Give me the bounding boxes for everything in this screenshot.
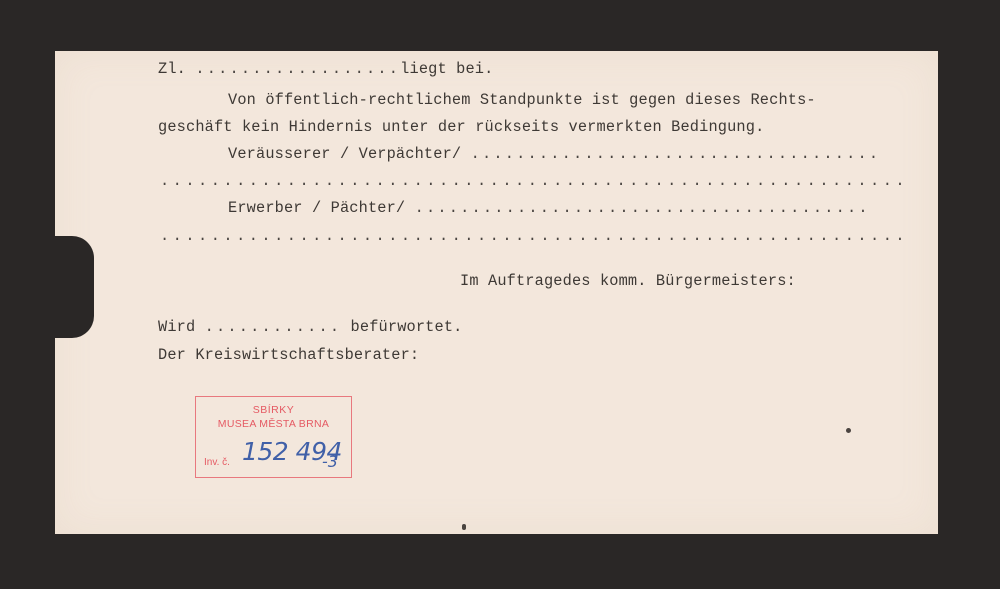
endorse-dots: ............ — [205, 318, 342, 336]
paper-tear-mark — [462, 524, 466, 530]
seller-dots-line: ........................................… — [160, 172, 908, 190]
body-line-1: Von öffentlich-rechtlichem Standpunkte i… — [228, 91, 816, 109]
paper-notch — [40, 236, 94, 338]
stamp-inv-label: Inv. č. — [204, 457, 230, 468]
seller-dots: .................................... — [471, 145, 881, 163]
seller-label: Veräusserer / Verpächter/ — [228, 145, 471, 163]
museum-stamp: SBÍRKY MUSEA MĚSTA BRNA Inv. č. 152 494 … — [195, 396, 352, 478]
reference-suffix: liegt bei. — [400, 60, 493, 78]
mayor-line: Im Auftragedes komm. Bürgermeisters: — [460, 272, 796, 290]
buyer-line: Erwerber / Pächter/ ....................… — [228, 199, 870, 217]
endorse-line: Wird ............ befürwortet. — [158, 318, 463, 336]
body-line-2: geschäft kein Hindernis unter der rückse… — [158, 118, 764, 136]
stamp-line-2: MUSEA MĚSTA BRNA — [196, 418, 351, 430]
endorse-suffix: befürwortet. — [341, 318, 462, 336]
buyer-dots-line: ........................................… — [160, 227, 908, 245]
stamp-line-1: SBÍRKY — [196, 404, 351, 416]
reference-prefix: Zl. — [158, 60, 195, 78]
endorse-prefix: Wird — [158, 318, 205, 336]
ink-speck — [846, 428, 851, 433]
buyer-label: Erwerber / Pächter/ — [228, 199, 415, 217]
buyer-dots: ........................................ — [415, 199, 870, 217]
reference-dots: .................. — [195, 60, 400, 78]
stamp-inv-suffix: -3 — [322, 452, 338, 471]
advisor-line: Der Kreiswirtschaftsberater: — [158, 346, 419, 364]
seller-line: Veräusserer / Verpächter/ ..............… — [228, 145, 880, 163]
reference-line: Zl. ..................liegt bei. — [158, 60, 493, 78]
